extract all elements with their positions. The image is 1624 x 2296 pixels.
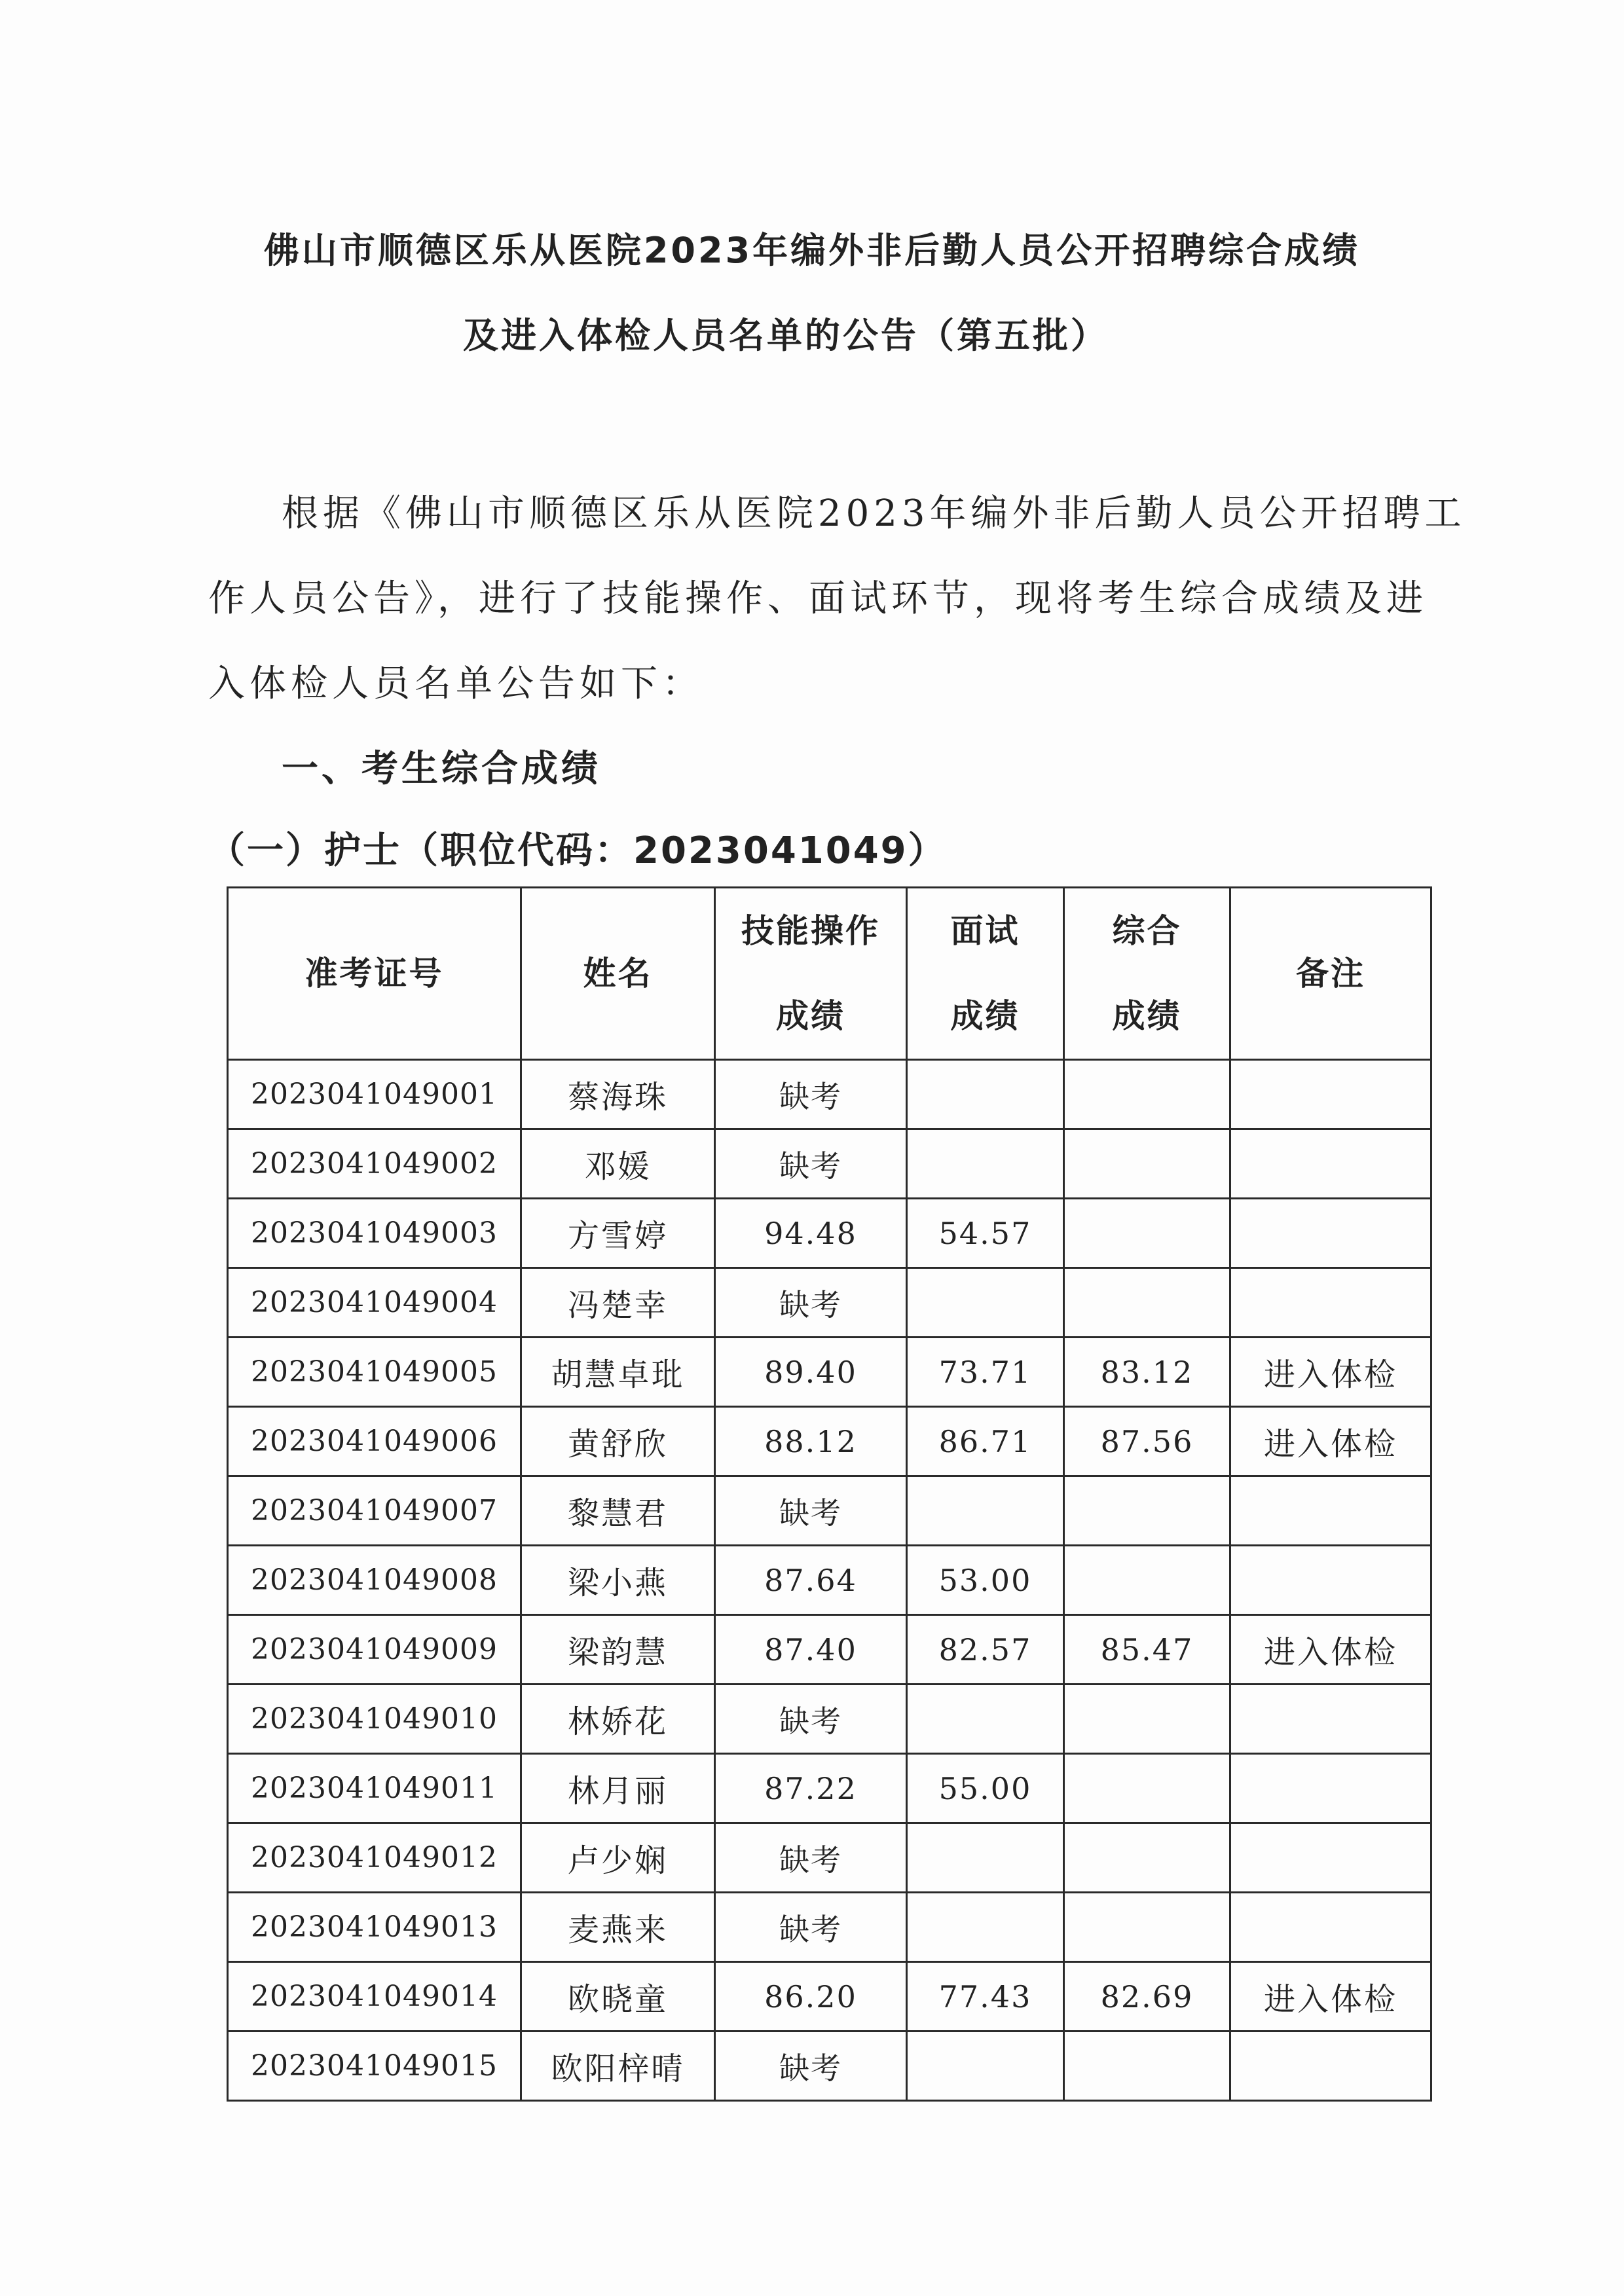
table-row: 2023041049003 方雪婷 94.48 54.57 [228, 1199, 1431, 1268]
cell-interview-score [907, 1893, 1064, 1962]
cell-total-score [1064, 1685, 1230, 1754]
cell-skill-score: 缺考 [715, 1129, 907, 1199]
cell-total-score: 83.12 [1064, 1338, 1230, 1407]
cell-name: 林月丽 [521, 1754, 715, 1823]
cell-remark [1230, 1823, 1431, 1893]
cell-skill-score: 缺考 [715, 1893, 907, 1962]
cell-name: 欧晓童 [521, 1962, 715, 2032]
cell-exam-id: 2023041049013 [228, 1893, 521, 1962]
cell-total-score: 87.56 [1064, 1407, 1230, 1476]
intro-paragraph-line-2: 作人员公告》，进行了技能操作、面试环节，现将考生综合成绩及进 [208, 570, 1428, 622]
table-row: 2023041049005 胡慧卓玭 89.40 73.71 83.12 进入体… [228, 1338, 1431, 1407]
cell-interview-score [907, 1268, 1064, 1338]
header-interview-score-line-1: 面试 [908, 888, 1063, 974]
cell-skill-score: 缺考 [715, 1476, 907, 1546]
table-row: 2023041049010 林娇花 缺考 [228, 1685, 1431, 1754]
cell-exam-id: 2023041049003 [228, 1199, 521, 1268]
cell-total-score [1064, 1060, 1230, 1129]
cell-interview-score [907, 1823, 1064, 1893]
cell-exam-id: 2023041049006 [228, 1407, 521, 1476]
cell-remark: 进入体检 [1230, 1962, 1431, 2032]
cell-interview-score [907, 1685, 1064, 1754]
cell-remark [1230, 1129, 1431, 1199]
cell-remark [1230, 1060, 1431, 1129]
cell-name: 梁韵慧 [521, 1615, 715, 1685]
scores-table: 准考证号 姓名 技能操作 成绩 面试 成绩 综合 成绩 备注 2023041 [227, 886, 1432, 2102]
cell-interview-score: 77.43 [907, 1962, 1064, 2032]
cell-remark [1230, 1199, 1431, 1268]
table-row: 2023041049011 林月丽 87.22 55.00 [228, 1754, 1431, 1823]
cell-skill-score: 缺考 [715, 1268, 907, 1338]
cell-exam-id: 2023041049002 [228, 1129, 521, 1199]
cell-total-score [1064, 1893, 1230, 1962]
cell-total-score [1064, 1546, 1230, 1615]
document-title-line-2: 及进入体检人员名单的公告（第五批） [0, 308, 1598, 358]
header-name: 姓名 [521, 888, 715, 1060]
cell-remark: 进入体检 [1230, 1615, 1431, 1685]
cell-total-score: 82.69 [1064, 1962, 1230, 2032]
cell-name: 梁小燕 [521, 1546, 715, 1615]
table-header-row: 准考证号 姓名 技能操作 成绩 面试 成绩 综合 成绩 备注 [228, 888, 1431, 1060]
header-skill-score-line-2: 成绩 [716, 974, 906, 1059]
cell-total-score [1064, 1199, 1230, 1268]
cell-total-score [1064, 1268, 1230, 1338]
intro-paragraph-line-3: 入体检人员名单公告如下： [208, 655, 703, 707]
cell-remark [1230, 1754, 1431, 1823]
cell-interview-score [907, 1129, 1064, 1199]
header-exam-id: 准考证号 [228, 888, 521, 1060]
cell-name: 冯楚幸 [521, 1268, 715, 1338]
header-skill-score-line-1: 技能操作 [716, 888, 906, 974]
header-total-score-line-1: 综合 [1065, 888, 1229, 974]
cell-skill-score: 89.40 [715, 1338, 907, 1407]
header-remark: 备注 [1230, 888, 1431, 1060]
header-skill-score: 技能操作 成绩 [715, 888, 907, 1060]
table-row: 2023041049006 黄舒欣 88.12 86.71 87.56 进入体检 [228, 1407, 1431, 1476]
table-row: 2023041049009 梁韵慧 87.40 82.57 85.47 进入体检 [228, 1615, 1431, 1685]
table-row: 2023041049008 梁小燕 87.64 53.00 [228, 1546, 1431, 1615]
cell-total-score [1064, 1754, 1230, 1823]
cell-name: 胡慧卓玭 [521, 1338, 715, 1407]
cell-exam-id: 2023041049012 [228, 1823, 521, 1893]
header-interview-score: 面试 成绩 [907, 888, 1064, 1060]
cell-interview-score: 86.71 [907, 1407, 1064, 1476]
header-interview-score-line-2: 成绩 [908, 974, 1063, 1059]
cell-name: 方雪婷 [521, 1199, 715, 1268]
cell-name: 欧阳梓晴 [521, 2032, 715, 2101]
cell-name: 林娇花 [521, 1685, 715, 1754]
cell-interview-score [907, 1476, 1064, 1546]
cell-name: 麦燕来 [521, 1893, 715, 1962]
cell-skill-score: 94.48 [715, 1199, 907, 1268]
cell-remark [1230, 1268, 1431, 1338]
cell-remark: 进入体检 [1230, 1338, 1431, 1407]
cell-remark [1230, 1476, 1431, 1546]
cell-exam-id: 2023041049010 [228, 1685, 521, 1754]
cell-exam-id: 2023041049014 [228, 1962, 521, 2032]
cell-remark [1230, 1893, 1431, 1962]
cell-interview-score: 54.57 [907, 1199, 1064, 1268]
cell-interview-score [907, 2032, 1064, 2101]
cell-total-score [1064, 1476, 1230, 1546]
cell-total-score [1064, 1129, 1230, 1199]
cell-exam-id: 2023041049008 [228, 1546, 521, 1615]
cell-exam-id: 2023041049004 [228, 1268, 521, 1338]
cell-remark [1230, 2032, 1431, 2101]
table-row: 2023041049012 卢少娴 缺考 [228, 1823, 1431, 1893]
cell-interview-score: 82.57 [907, 1615, 1064, 1685]
cell-interview-score: 53.00 [907, 1546, 1064, 1615]
cell-total-score [1064, 1823, 1230, 1893]
cell-skill-score: 86.20 [715, 1962, 907, 2032]
table-row: 2023041049002 邓媛 缺考 [228, 1129, 1431, 1199]
cell-remark: 进入体检 [1230, 1407, 1431, 1476]
table-row: 2023041049014 欧晓童 86.20 77.43 82.69 进入体检 [228, 1962, 1431, 2032]
intro-paragraph-line-1: 根据《佛山市顺德区乐从医院2023年编外非后勤人员公开招聘工 [282, 484, 1466, 537]
cell-skill-score: 87.22 [715, 1754, 907, 1823]
cell-skill-score: 缺考 [715, 2032, 907, 2101]
cell-exam-id: 2023041049011 [228, 1754, 521, 1823]
cell-name: 邓媛 [521, 1129, 715, 1199]
cell-exam-id: 2023041049001 [228, 1060, 521, 1129]
document-title-line-1: 佛山市顺德区乐从医院2023年编外非后勤人员公开招聘综合成绩 [0, 223, 1624, 273]
cell-name: 蔡海珠 [521, 1060, 715, 1129]
cell-name: 卢少娴 [521, 1823, 715, 1893]
document-page: 佛山市顺德区乐从医院2023年编外非后勤人员公开招聘综合成绩 及进入体检人员名单… [0, 0, 1624, 2296]
cell-exam-id: 2023041049009 [228, 1615, 521, 1685]
header-total-score-line-2: 成绩 [1065, 974, 1229, 1059]
cell-interview-score: 55.00 [907, 1754, 1064, 1823]
cell-exam-id: 2023041049007 [228, 1476, 521, 1546]
section-heading-scores: 一、考生综合成绩 [282, 740, 601, 792]
header-total-score: 综合 成绩 [1064, 888, 1230, 1060]
cell-skill-score: 88.12 [715, 1407, 907, 1476]
cell-skill-score: 缺考 [715, 1060, 907, 1129]
cell-remark [1230, 1546, 1431, 1615]
table-row: 2023041049004 冯楚幸 缺考 [228, 1268, 1431, 1338]
table-row: 2023041049001 蔡海珠 缺考 [228, 1060, 1431, 1129]
cell-remark [1230, 1685, 1431, 1754]
cell-interview-score: 73.71 [907, 1338, 1064, 1407]
cell-skill-score: 87.40 [715, 1615, 907, 1685]
cell-name: 黎慧君 [521, 1476, 715, 1546]
table-row: 2023041049013 麦燕来 缺考 [228, 1893, 1431, 1962]
cell-skill-score: 缺考 [715, 1685, 907, 1754]
subsection-heading-nurse: （一）护士（职位代码：2023041049） [208, 822, 947, 874]
cell-skill-score: 缺考 [715, 1823, 907, 1893]
table-row: 2023041049007 黎慧君 缺考 [228, 1476, 1431, 1546]
cell-interview-score [907, 1060, 1064, 1129]
cell-total-score [1064, 2032, 1230, 2101]
cell-skill-score: 87.64 [715, 1546, 907, 1615]
cell-exam-id: 2023041049015 [228, 2032, 521, 2101]
table-row: 2023041049015 欧阳梓晴 缺考 [228, 2032, 1431, 2101]
cell-name: 黄舒欣 [521, 1407, 715, 1476]
cell-total-score: 85.47 [1064, 1615, 1230, 1685]
cell-exam-id: 2023041049005 [228, 1338, 521, 1407]
